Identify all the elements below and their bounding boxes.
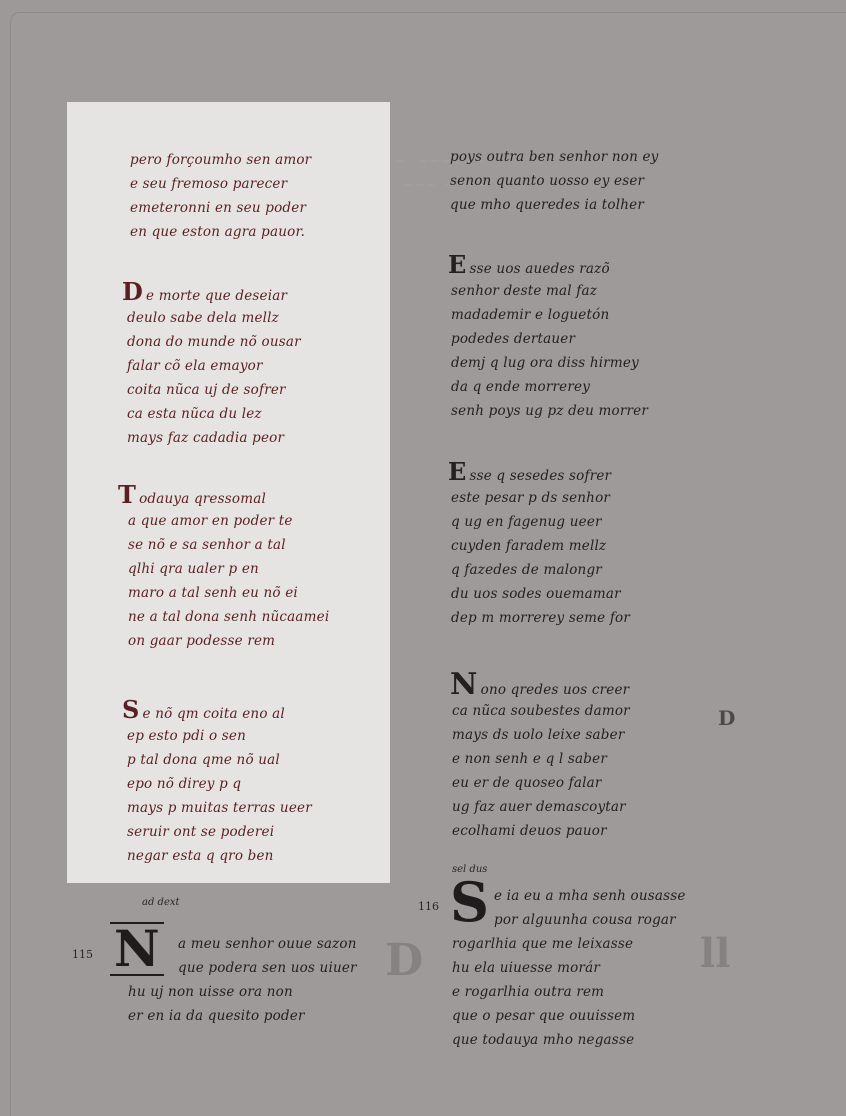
verse-line: ug faz auer demascoytar — [450, 795, 630, 819]
right-stanza-1: poys outra ben senhor non ey senon quant… — [450, 145, 658, 217]
verse-line: odauya qressomal — [139, 491, 266, 507]
verse-line: dep m morrerey seme for — [448, 606, 630, 630]
verse-line: coita nũca uj de sofrer — [122, 378, 301, 402]
verse-line: q fazedes de malongr — [448, 558, 630, 582]
verse-line: a que amor en poder te — [118, 509, 329, 533]
verse-line: que todauya mho negasse — [450, 1028, 686, 1052]
verse-line: er en ia da quesito poder — [128, 1004, 357, 1028]
verse-line: hu ela uiuesse morár — [450, 956, 686, 980]
bleed-through-initial: D — [385, 935, 423, 986]
initial-letter: D — [122, 282, 143, 302]
verse-line: cuyden faradem mellz — [448, 534, 630, 558]
verse-line: seruir ont se poderei — [122, 820, 312, 844]
left-stanza-3: Todauya qressomal a que amor en poder te… — [118, 485, 329, 653]
left-stanza-4: Se nõ qm coita eno al ep esto pdi o sen … — [122, 700, 312, 868]
verse-line: e rogarlhia outra rem — [450, 980, 686, 1004]
verse-line: demj q lug ora diss hirmey — [448, 351, 648, 375]
verse-line: emeteronni en seu poder — [130, 196, 311, 220]
verse-line: mays ds uolo leixe saber — [450, 723, 630, 747]
initial-letter: E — [448, 462, 467, 482]
verse-line: maro a tal senh eu nõ ei — [118, 581, 329, 605]
poem-number: 115 — [72, 948, 93, 961]
verse-line: senh poys ug pz deu morrer — [448, 399, 648, 423]
right-stanza-3: Esse q sesedes sofrer este pesar p ds se… — [448, 462, 630, 630]
verse-line: e ia eu a mha senh ousasse — [450, 884, 686, 908]
verse-line: q ug en fagenug ueer — [448, 510, 630, 534]
verse-line: ono qredes uos creer — [481, 682, 630, 698]
verse-line: sse q sesedes sofrer — [470, 468, 612, 484]
left-stanza-1: pero forçoumho sen amor e seu fremoso pa… — [130, 148, 311, 244]
verse-line: du uos sodes ouemamar — [448, 582, 630, 606]
verse-line: e seu fremoso parecer — [130, 172, 311, 196]
verse-line: da q ende morrerey — [448, 375, 648, 399]
initial-letter: T — [118, 485, 136, 505]
verse-line: qlhi qra ualer p en — [118, 557, 329, 581]
verse-line: p tal dona qme nõ ual — [122, 748, 312, 772]
verse-line: ca esta nũca du lez — [122, 402, 301, 426]
verse-line: ca nũca soubestes damor — [450, 699, 630, 723]
verse-line: hu uj non uisse ora non — [128, 980, 357, 1004]
verse-line: mays faz cadadia peor — [122, 426, 301, 450]
verse-line: rogarlhia que me leixasse — [450, 932, 686, 956]
initial-letter: E — [448, 255, 467, 275]
verse-line: a meu senhor ouue sazon — [130, 932, 357, 956]
verse-line: on gaar podesse rem — [118, 629, 329, 653]
verse-line: se nõ e sa senhor a tal — [118, 533, 329, 557]
verse-line: falar cõ ela emayor — [122, 354, 301, 378]
verse-line: podedes dertauer — [448, 327, 648, 351]
right-stanza-2: Esse uos auedes razõ senhor deste mal fa… — [448, 255, 648, 423]
right-lower-stanza: e ia eu a mha senh ousasse por alguunha … — [450, 884, 686, 1052]
verse-line: senhor deste mal faz — [448, 279, 648, 303]
verse-line: e non senh e q l saber — [450, 747, 630, 771]
verse-line: dona do munde nõ ousar — [122, 330, 301, 354]
verse-line: madademir e loguetón — [448, 303, 648, 327]
verse-line: por alguunha cousa rogar — [450, 908, 686, 932]
verse-line: negar esta q qro ben — [122, 844, 312, 868]
verse-line: e morte que deseiar — [146, 288, 287, 304]
verse-line: deulo sabe dela mellz — [122, 306, 301, 330]
left-stanza-2: De morte que deseiar deulo sabe dela mel… — [122, 282, 301, 450]
verse-line: e nõ qm coita eno al — [143, 706, 285, 722]
verse-line: poys outra ben senhor non ey — [450, 145, 658, 169]
verse-line: ne a tal dona senh nũcaamei — [118, 605, 329, 629]
verse-line: epo nõ direy p q — [122, 772, 312, 796]
margin-note: ad dext — [142, 897, 180, 908]
verse-line: que o pesar que ouuissem — [450, 1004, 686, 1028]
verse-line: este pesar p ds senhor — [448, 486, 630, 510]
verse-line: ecolhami deuos pauor — [450, 819, 630, 843]
verse-line: senon quanto uosso ey eser — [450, 169, 658, 193]
verse-line: que mho queredes ia tolher — [450, 193, 658, 217]
verse-line: ep esto pdi o sen — [122, 724, 312, 748]
poem-number: 116 — [418, 900, 439, 913]
verse-line: pero forçoumho sen amor — [130, 148, 311, 172]
verse-line: en que eston agra pauor. — [130, 220, 311, 244]
verse-line: sse uos auedes razõ — [470, 261, 610, 277]
margin-initial-d: D — [718, 706, 735, 730]
verse-line: que podera sen uos uiuer — [130, 956, 357, 980]
right-stanza-4: Nono qredes uos creer ca nũca soubestes … — [450, 675, 630, 843]
initial-letter: N — [450, 675, 478, 695]
initial-letter: S — [122, 700, 140, 720]
bleed-through-initial: ll — [700, 930, 730, 977]
verse-line: mays p muitas terras ueer — [122, 796, 312, 820]
left-lower-stanza: a meu senhor ouue sazon que podera sen u… — [130, 932, 357, 1028]
verse-line: eu er de quoseo falar — [450, 771, 630, 795]
